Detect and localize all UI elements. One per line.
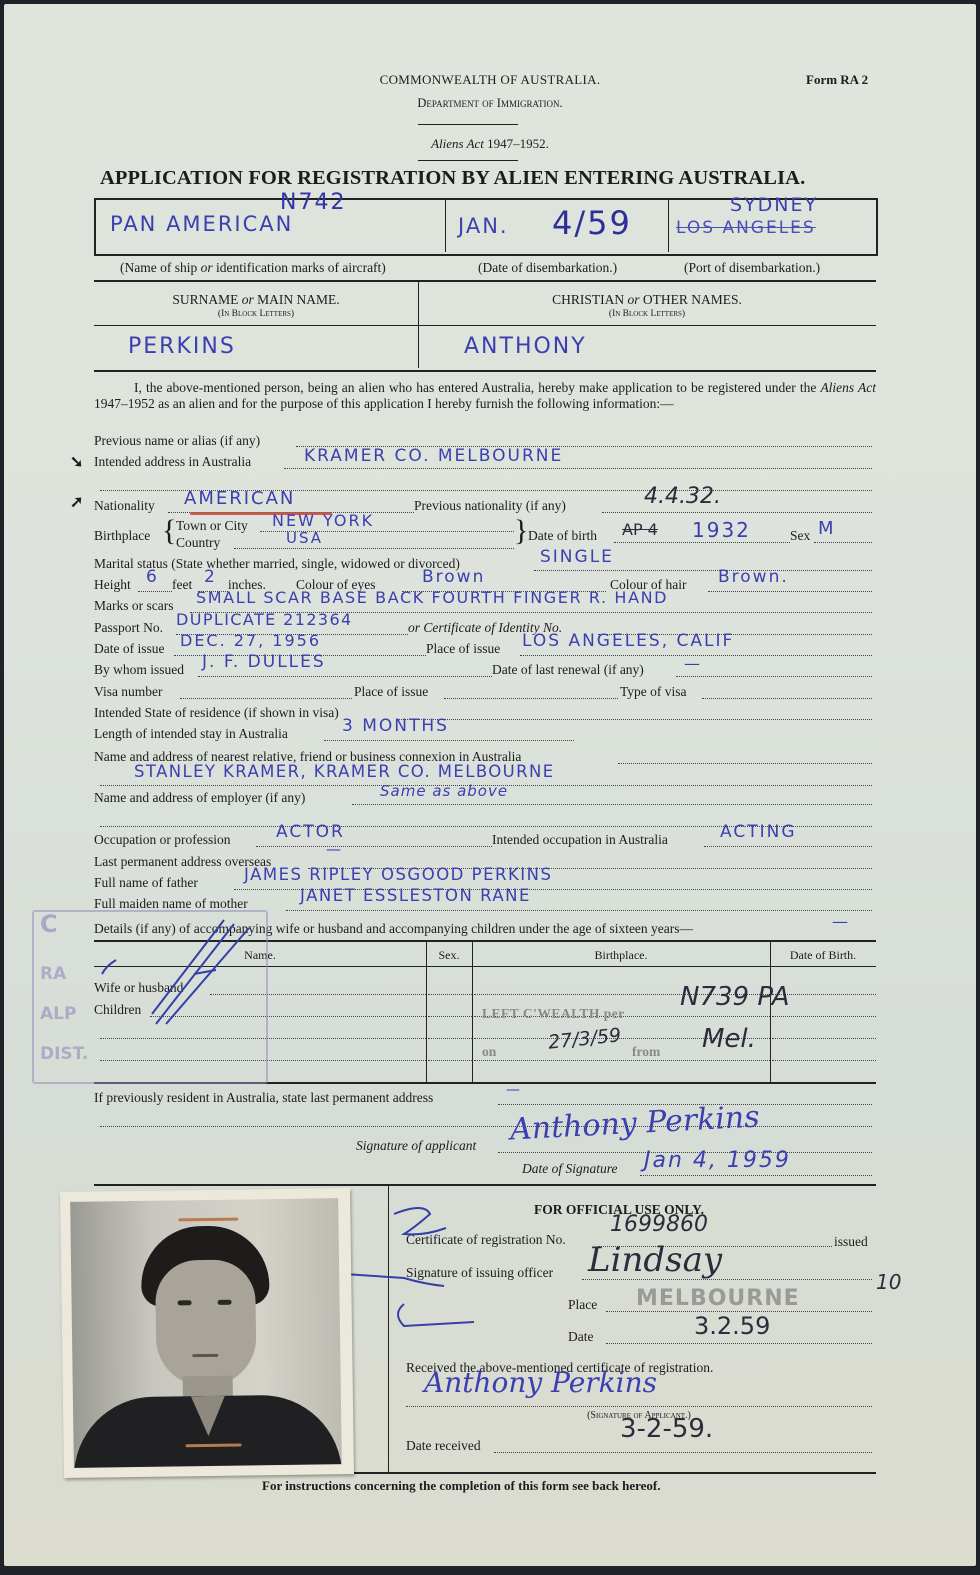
disembarkation-date-day[interactable]: 4/59 (552, 204, 632, 242)
town-value[interactable]: NEW YORK (272, 511, 374, 530)
official-place-label: Place (568, 1297, 597, 1313)
eyes-value[interactable]: Brown (422, 567, 485, 587)
renewal-label: Date of last renewal (if any) (492, 662, 644, 678)
country-value[interactable]: USA (286, 529, 323, 547)
ship-flight-number[interactable]: N742 (280, 190, 346, 215)
departure-from-value: Mel. (702, 1024, 756, 1054)
footer-instructions: For instructions concerning the completi… (262, 1478, 661, 1494)
disembarkation-date-month[interactable]: JAN. (458, 214, 509, 238)
previous-resident-value[interactable]: — (506, 1082, 522, 1098)
departure-stamp-line1: LEFT C'WEALTH per (482, 1006, 625, 1022)
previous-nationality-value[interactable]: 4.4.32. (644, 484, 721, 509)
port-value[interactable]: SYDNEY (730, 194, 818, 216)
father-label: Full name of father (94, 875, 198, 891)
dob-value[interactable]: 1932 (692, 518, 751, 542)
height-label: Height (94, 577, 131, 593)
last-address-value[interactable]: — (326, 840, 343, 858)
visa-type-input[interactable] (702, 698, 872, 699)
stay-value[interactable]: 3 MONTHS (342, 716, 449, 736)
official-place-stamp: MELBOURNE (636, 1286, 800, 1311)
family-row-4-birthplace[interactable] (474, 1060, 770, 1061)
passport-label: Passport No. (94, 620, 163, 636)
height-inches-value[interactable]: 2 (204, 567, 217, 587)
father-value[interactable]: JAMES RIPLEY OSGOOD PERKINS (244, 865, 552, 884)
details-value[interactable]: — (832, 912, 850, 931)
visa-number-label: Visa number (94, 684, 163, 700)
sex-value[interactable]: M (818, 518, 836, 539)
applicant-signature-label: Signature of applicant (356, 1138, 476, 1154)
visa-place-input[interactable] (444, 698, 618, 699)
issue-date-label: Date of issue (94, 641, 164, 657)
cert-number-value[interactable]: 1699860 (610, 1212, 708, 1237)
mother-value[interactable]: JANET ESSLESTON RANE (300, 886, 531, 905)
dob-label: Date of birth (528, 528, 597, 544)
intended-address-label: Intended address in Australia (94, 454, 251, 470)
renewal-value[interactable]: — (684, 654, 702, 673)
passport-value[interactable]: DUPLICATE 212364 (176, 610, 353, 629)
relative-value[interactable]: STANLEY KRAMER, KRAMER CO. MELBOURNE (134, 762, 555, 781)
date-received-label: Date received (406, 1438, 481, 1454)
cert-issued-label: issued (834, 1234, 868, 1250)
town-label: Town or City (176, 518, 248, 534)
hair-value[interactable]: Brown. (718, 567, 789, 587)
family-header-sex: Sex. (426, 948, 472, 963)
margin-arrow-1: ➘ (70, 452, 83, 472)
family-row-3-sex[interactable] (428, 1038, 472, 1039)
family-row-wife-sex[interactable] (428, 994, 472, 995)
ship-value[interactable]: PAN AMERICAN (110, 212, 293, 236)
family-row-4-sex[interactable] (428, 1060, 472, 1061)
margin-arrow-2: ➚ (70, 492, 83, 512)
employer-value[interactable]: Same as above (380, 782, 508, 800)
family-row-4-dob[interactable] (772, 1060, 876, 1061)
form-page: COMMONWEALTH OF AUSTRALIA. Form RA 2 Dep… (4, 4, 976, 1566)
previous-name-label: Previous name or alias (if any) (94, 433, 260, 449)
birthplace-brace-close: } (514, 516, 528, 546)
surname-value[interactable]: PERKINS (128, 334, 236, 359)
header-divider (418, 124, 518, 125)
header-act: Aliens Act 1947–1952. (4, 136, 976, 152)
visa-place-label: Place of issue (354, 684, 428, 700)
marital-value[interactable]: SINGLE (540, 547, 614, 567)
intended-occupation-value[interactable]: ACTING (720, 822, 797, 842)
intended-occupation-label: Intended occupation in Australia (492, 832, 668, 848)
stay-label: Length of intended stay in Australia (94, 726, 288, 742)
signature-date-label: Date of Signature (522, 1161, 618, 1177)
header-divider-2 (418, 160, 518, 161)
signature-date-value[interactable]: Jan 4, 1959 (644, 1148, 791, 1173)
height-feet-value[interactable]: 6 (146, 567, 159, 587)
port-label: (Port of disembarkation.) (684, 260, 820, 276)
applicant-signature[interactable]: Anthony Perkins (509, 1099, 760, 1147)
declaration-text: I, the above-mentioned person, being an … (94, 380, 876, 411)
dob-struck-value: AP 4 (622, 520, 658, 539)
previous-nationality-label: Previous nationality (if any) (414, 498, 566, 514)
nationality-label: Nationality (94, 498, 155, 514)
family-row-3-dob[interactable] (772, 1038, 876, 1039)
form-title: APPLICATION FOR REGISTRATION BY ALIEN EN… (100, 167, 805, 190)
marks-label: Marks or scars (94, 598, 173, 614)
margin-note: 10 (876, 1270, 901, 1294)
sex-label: Sex (790, 528, 810, 544)
date-received-value[interactable]: 3-2-59. (620, 1414, 713, 1444)
family-header-birthplace: Birthplace. (472, 948, 770, 963)
visa-number-input[interactable] (180, 698, 352, 699)
header-department: Department of Immigration. (4, 96, 976, 111)
received-signature[interactable]: Anthony Perkins (424, 1366, 657, 1399)
issue-place-label: Place of issue (426, 641, 500, 657)
form-id: Form RA 2 (806, 72, 868, 88)
issued-by-label: By whom issued (94, 662, 184, 678)
official-date-value[interactable]: 3.2.59 (694, 1312, 770, 1340)
previous-resident-label: If previously resident in Australia, sta… (94, 1090, 433, 1106)
departure-date: 27/3/59 (547, 1024, 622, 1054)
nationality-value[interactable]: AMERICAN (184, 488, 295, 509)
family-row-children-dob[interactable] (772, 1016, 876, 1017)
date-label: (Date of disembarkation.) (478, 260, 617, 276)
visa-type-label: Type of visa (620, 684, 687, 700)
issue-date-value[interactable]: DEC. 27, 1956 (180, 631, 321, 650)
surname-label: SURNAME or MAIN NAME. (94, 292, 418, 308)
official-date-label: Date (568, 1329, 593, 1345)
family-header-dob: Date of Birth. (770, 948, 876, 963)
marks-value[interactable]: SMALL SCAR BASE BACK FOURTH FINGER R. HA… (196, 588, 668, 607)
christian-label: CHRISTIAN or OTHER NAMES. (418, 292, 876, 308)
occupation-label: Occupation or profession (94, 832, 230, 848)
intended-state-input[interactable] (396, 719, 872, 720)
applicant-photo (60, 1188, 354, 1478)
country-label: Country (176, 535, 220, 551)
staple-top (178, 1218, 238, 1222)
birthplace-brace: { (162, 516, 176, 546)
intended-state-label: Intended State of residence (if shown in… (94, 705, 339, 721)
pen-marks (334, 1194, 474, 1354)
intended-address-value[interactable]: KRAMER CO. MELBOURNE (304, 446, 563, 466)
departure-flight: N739 PA (680, 982, 790, 1012)
occupation-value[interactable]: ACTOR (276, 822, 345, 842)
family-row-children-sex[interactable] (428, 1016, 472, 1017)
employer-label: Name and address of employer (if any) (94, 790, 305, 806)
issue-place-value[interactable]: LOS ANGELES, CALIF (522, 631, 734, 651)
departure-stamp-from: from (632, 1044, 660, 1060)
christian-names-value[interactable]: ANTHONY (464, 334, 587, 359)
birthplace-label: Birthplace (94, 528, 150, 544)
departure-stamp-on: on (482, 1044, 496, 1060)
issued-by-value[interactable]: J. F. DULLES (202, 652, 326, 672)
strike-through-marks (84, 914, 284, 1034)
ship-label: (Name of ship or identification marks of… (120, 260, 386, 276)
officer-signature[interactable]: Lindsay (588, 1240, 722, 1280)
port-struck-value: LOS ANGELES (676, 218, 816, 238)
